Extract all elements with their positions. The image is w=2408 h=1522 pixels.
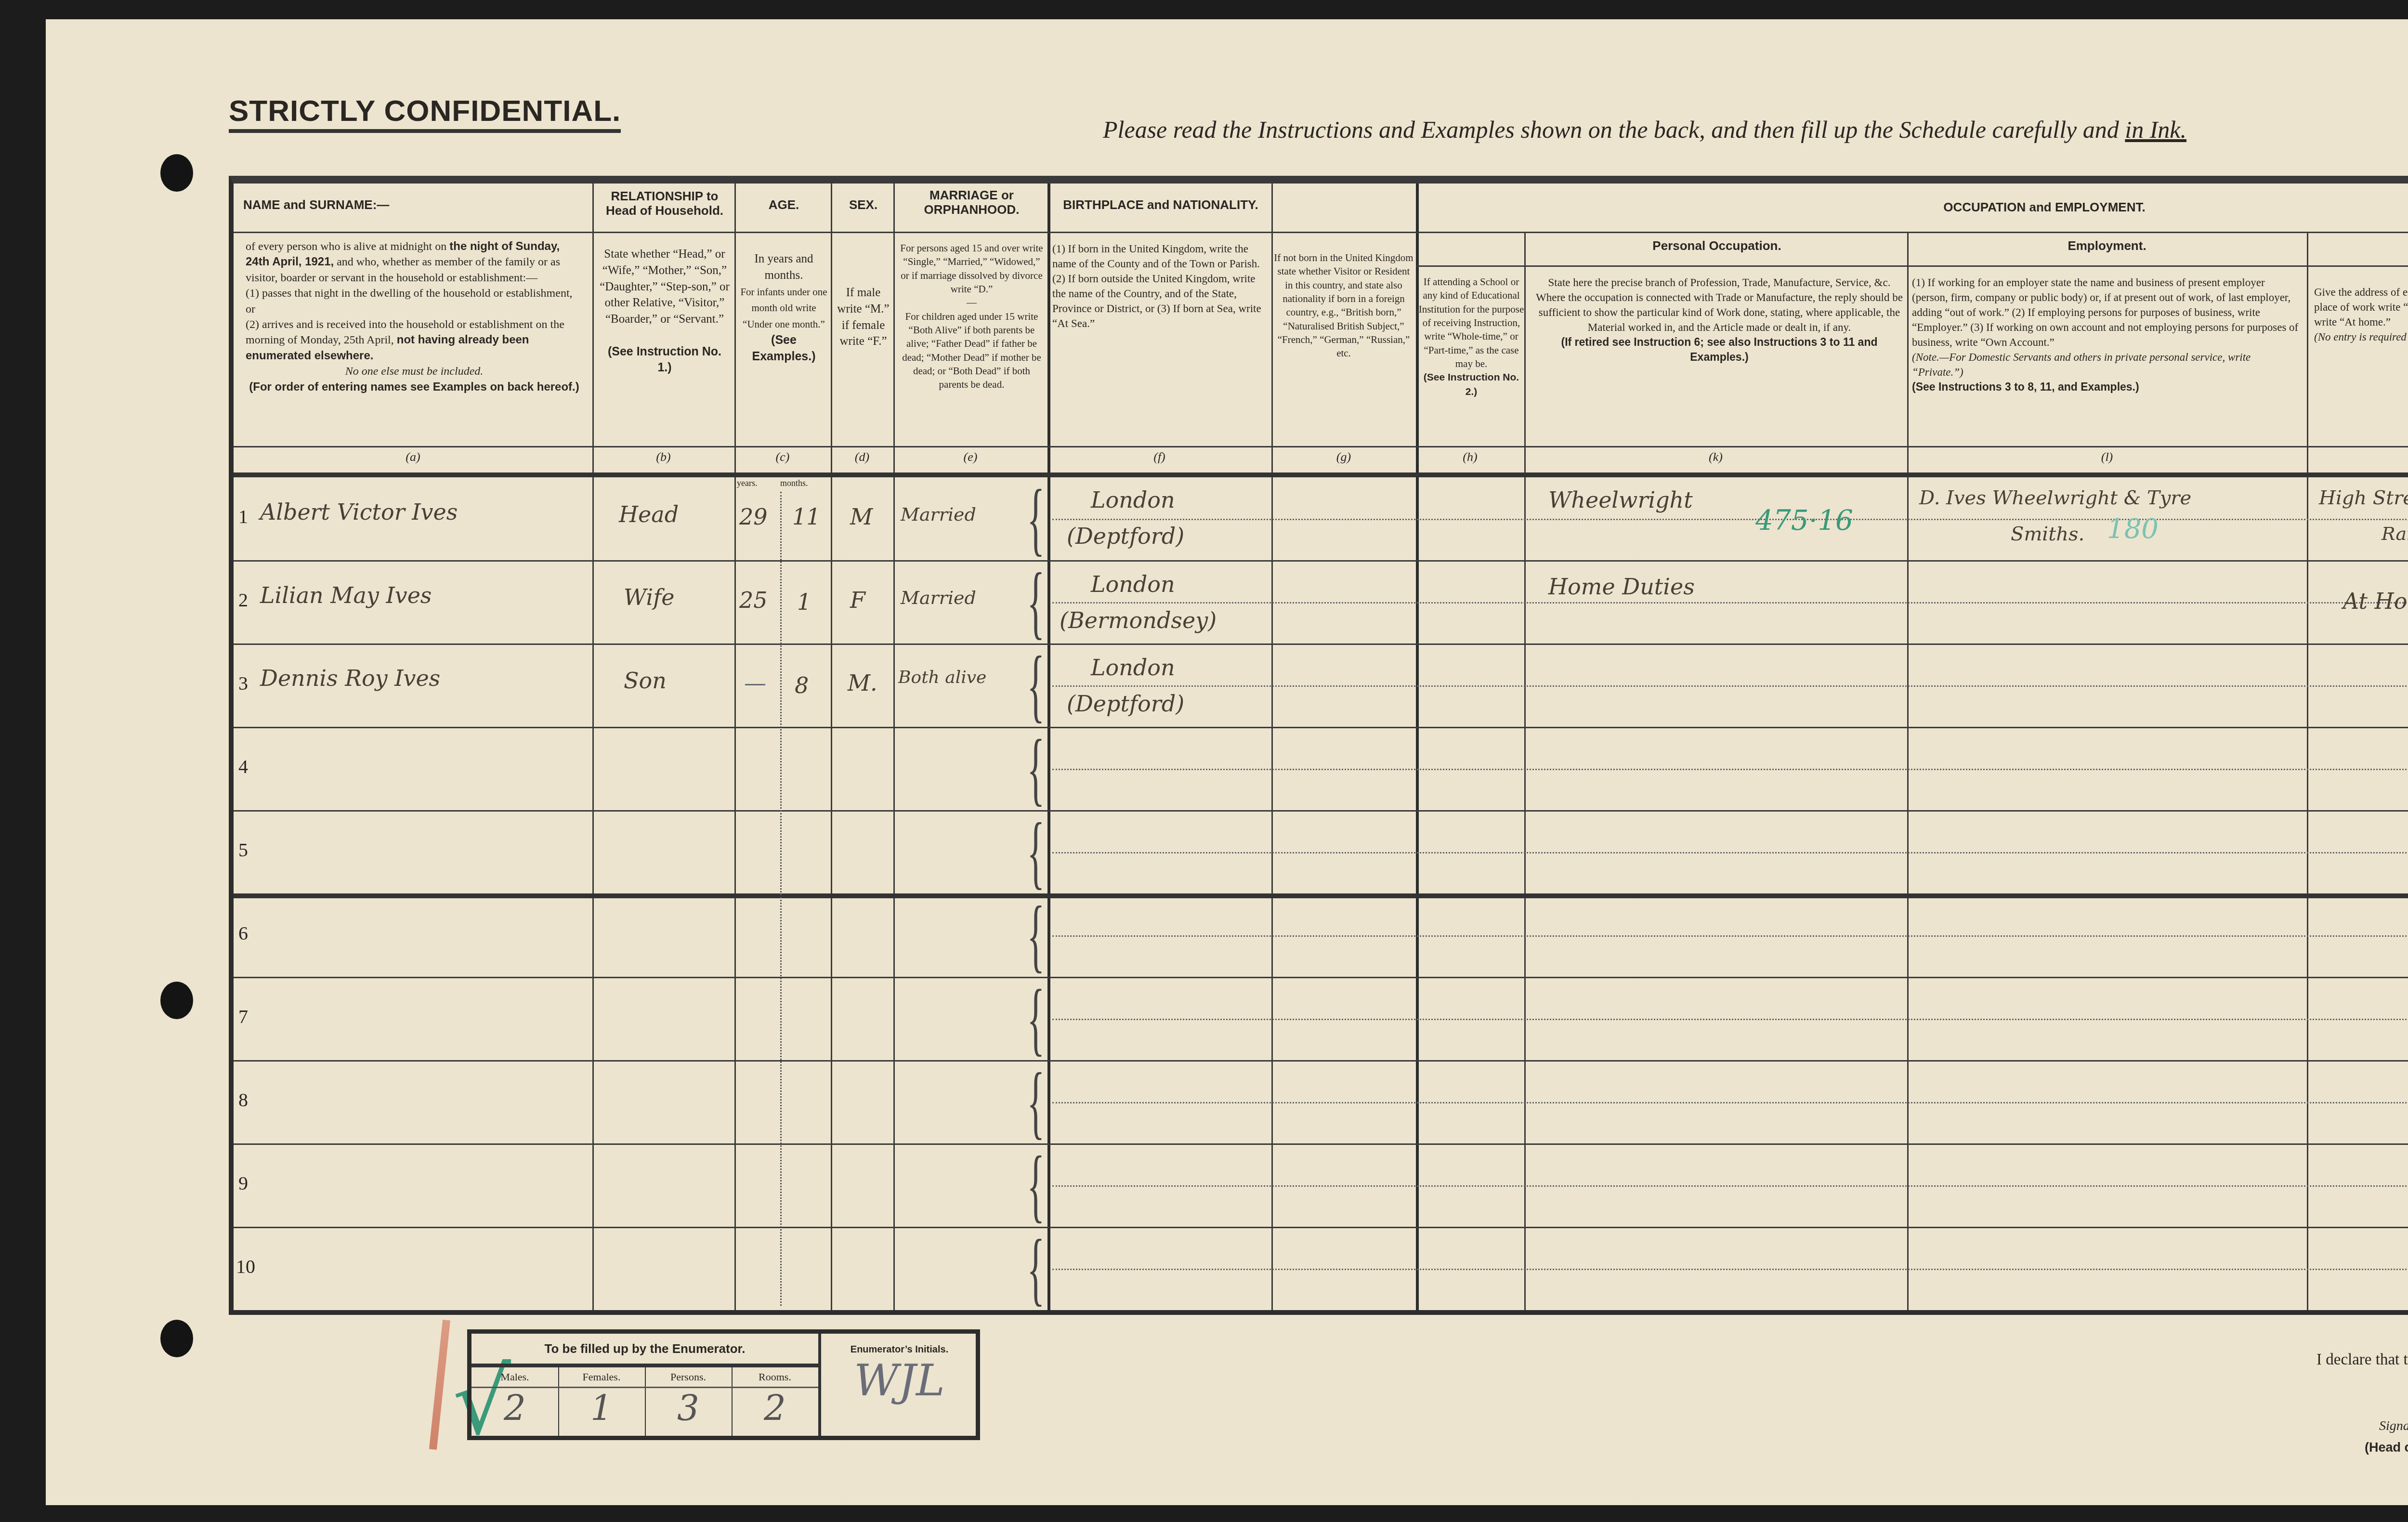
letter-row-divider xyxy=(234,446,2408,447)
marriage-cell[interactable]: Married xyxy=(901,504,976,525)
header-divider xyxy=(234,232,2408,233)
header-occupation: OCCUPATION and EMPLOYMENT. xyxy=(1418,200,2408,215)
col-divider xyxy=(831,184,832,1310)
row-number: 8 xyxy=(238,1089,248,1111)
place-of-work-instructions: Give the address of each person’s place … xyxy=(2314,285,2408,344)
relationship-instructions: State whether “Head,” or “Wife,” “Mother… xyxy=(600,246,730,376)
relationship-cell[interactable]: Head xyxy=(619,501,679,527)
age-years-label: years. xyxy=(737,478,757,488)
sex-instructions: If male write “M.” if female write “F.” xyxy=(836,285,891,350)
col-divider xyxy=(1524,232,1526,1310)
header-name: NAME and SURNAME:— xyxy=(243,198,580,212)
col-letter: (d) xyxy=(831,450,893,464)
row-number: 3 xyxy=(238,672,248,695)
persons-cell: Persons. 3 xyxy=(645,1367,733,1436)
col-letter: (a) xyxy=(234,450,592,464)
age-months-label: months. xyxy=(780,478,808,488)
col-letter: (g) xyxy=(1271,450,1416,464)
age-years-cell[interactable]: — xyxy=(744,670,766,696)
punch-hole xyxy=(160,982,193,1019)
header-sex: SEX. xyxy=(833,198,893,212)
occupation-code: 475·16 xyxy=(1755,504,1853,537)
col-divider xyxy=(1271,184,1273,1310)
name-cell[interactable]: Dennis Roy Ives xyxy=(260,665,440,691)
household-table: NAME and SURNAME:— of every person who i… xyxy=(229,176,2408,1315)
enumerator-initials-cell: Enumerator’s Initials. WJL xyxy=(818,1334,978,1436)
col-letter: (h) xyxy=(1416,450,1524,464)
red-check-mark xyxy=(429,1320,450,1450)
col-letter: (c) xyxy=(734,450,831,464)
header-divider xyxy=(1416,265,2408,267)
col-divider xyxy=(1907,232,1909,1310)
males-cell: Males. 2 xyxy=(471,1367,559,1436)
employment-instructions: (1) If working for an employer state the… xyxy=(1912,275,2302,394)
marriage-instructions: For persons aged 15 and over write “Sing… xyxy=(898,241,1045,392)
header-personal-occupation: Personal Occupation. xyxy=(1529,239,1905,253)
row-number: 5 xyxy=(238,839,248,861)
col-letter: (e) xyxy=(893,450,1047,464)
header-relationship: RELATIONSHIP to Head of Household. xyxy=(595,189,734,218)
document-title: STRICTLY CONFIDENTIAL. xyxy=(229,94,621,133)
age-months-cell[interactable]: 8 xyxy=(795,672,809,698)
rooms-cell: Rooms. 2 xyxy=(732,1367,818,1436)
header-age: AGE. xyxy=(737,198,831,212)
col-letter: (f) xyxy=(1047,450,1271,464)
place-of-work-cell[interactable]: At Home xyxy=(2343,588,2408,614)
col-letter: (l) xyxy=(1907,450,2307,464)
age-years-cell[interactable]: 29 xyxy=(739,504,768,530)
occupation-cell[interactable]: Wheelwright xyxy=(1548,487,1693,513)
age-years-cell[interactable]: 25 xyxy=(739,587,768,613)
age-months-cell[interactable]: 11 xyxy=(792,504,821,530)
birthplace-town-cell[interactable]: (Deptford) xyxy=(1067,523,1184,549)
sex-cell[interactable]: F xyxy=(850,587,865,613)
birthplace-town-cell[interactable]: (Bermondsey) xyxy=(1060,607,1217,633)
relationship-cell[interactable]: Son xyxy=(624,668,667,694)
census-schedule-sheet: STRICTLY CONFIDENTIAL. Please read the I… xyxy=(46,19,2408,1505)
employer-cell-line2[interactable]: Smiths. xyxy=(2011,523,2084,545)
col-letter: (m) xyxy=(2307,450,2408,464)
col-letter: (b) xyxy=(592,450,734,464)
row-number: 6 xyxy=(238,922,248,945)
relationship-cell[interactable]: Wife xyxy=(624,584,674,610)
school-instructions: If attending a School or any kind of Edu… xyxy=(1418,275,1524,399)
header-bottom-rule xyxy=(234,472,2408,477)
punch-hole xyxy=(160,1320,193,1357)
sex-cell[interactable]: M xyxy=(850,504,873,530)
age-instructions: In years and months. For infants under o… xyxy=(739,251,828,365)
age-years-months-divider xyxy=(780,492,782,1306)
name-instructions: of every person who is alive at midnight… xyxy=(246,239,583,395)
nationality-instructions: If not born in the United Kingdom state … xyxy=(1274,251,1413,360)
declaration-text: I declare that this Schedule is correctl… xyxy=(2316,1351,2408,1369)
occupation-cell[interactable]: Home Duties xyxy=(1548,574,1695,600)
employment-code: 180 xyxy=(2107,513,2159,545)
col-divider xyxy=(2307,232,2308,1310)
fill-instruction: Please read the Instructions and Example… xyxy=(1103,116,2186,144)
birthplace-county-cell[interactable]: London xyxy=(1091,571,1175,597)
row-number: 2 xyxy=(238,589,248,611)
row-number: 9 xyxy=(238,1172,248,1194)
col-divider xyxy=(734,184,736,1310)
row-number: 7 xyxy=(238,1005,248,1028)
enumerator-summary-box: To be filled up by the Enumerator. Males… xyxy=(467,1329,980,1440)
header-employment: Employment. xyxy=(1910,239,2304,253)
header-marriage: MARRIAGE or ORPHANHOOD. xyxy=(896,188,1047,217)
col-divider xyxy=(893,184,895,1310)
col-divider xyxy=(592,184,594,1310)
header-place-of-work: Place of Work. xyxy=(2309,244,2408,258)
birthplace-instructions: (1) If born in the United Kingdom, write… xyxy=(1052,241,1269,331)
col-letter: (k) xyxy=(1524,450,1907,464)
row-number: 1 xyxy=(238,505,248,528)
summary-header: To be filled up by the Enumerator. xyxy=(471,1334,818,1367)
sex-cell[interactable]: M. xyxy=(848,670,877,696)
name-cell[interactable]: Albert Victor Ives xyxy=(260,499,458,525)
birthplace-town-cell[interactable]: (Deptford) xyxy=(1067,691,1184,717)
place-of-work-cell-line2[interactable]: Railway Arches xyxy=(2382,523,2408,544)
col-divider xyxy=(1047,184,1050,1310)
females-cell: Females. 1 xyxy=(558,1367,646,1436)
age-months-cell[interactable]: 1 xyxy=(797,589,811,615)
signature-label: Signature xyxy=(2379,1418,2408,1434)
punch-hole xyxy=(160,154,193,192)
name-cell[interactable]: Lilian May Ives xyxy=(260,582,432,608)
row-number: 10 xyxy=(236,1255,255,1278)
birthplace-county-cell[interactable]: London xyxy=(1091,655,1175,681)
employer-cell[interactable]: D. Ives Wheelwright & Tyre xyxy=(1919,487,2191,509)
signature-note: (Head of Household, Manager of Establish… xyxy=(2365,1440,2408,1455)
row-number: 4 xyxy=(238,755,248,778)
marriage-cell[interactable]: Married xyxy=(901,587,976,608)
place-of-work-cell[interactable]: High Street Deptford xyxy=(2319,487,2408,509)
marriage-cell[interactable]: Both alive xyxy=(898,668,986,687)
header-birthplace: BIRTHPLACE and NATIONALITY. xyxy=(1052,198,1269,212)
personal-occupation-instructions: State here the precise branch of Profess… xyxy=(1534,275,1905,365)
birthplace-county-cell[interactable]: London xyxy=(1091,487,1175,513)
